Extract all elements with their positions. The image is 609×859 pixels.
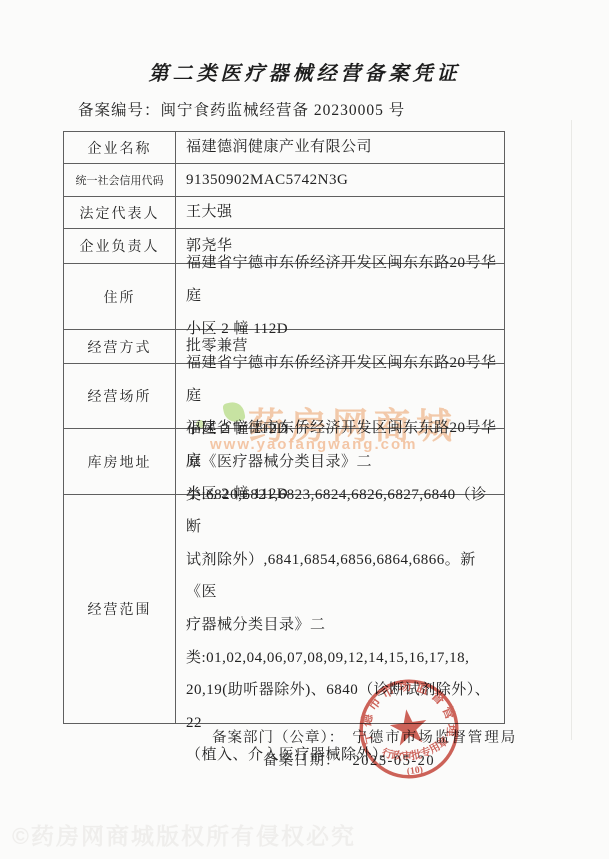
row-label-company-name: 企业名称 xyxy=(64,132,176,163)
filing-date-line: 备案日期：2025-05-20 xyxy=(263,749,435,770)
bottom-copyright-watermark: ©药房网商城版权所有侵权必究 xyxy=(12,818,356,851)
row-label-business-mode: 经营方式 xyxy=(64,330,176,363)
certificate-table: 企业名称 福建德润健康产业有限公司 统一社会信用代码 91350902MAC57… xyxy=(63,131,505,724)
table-row: 统一社会信用代码 91350902MAC5742N3G xyxy=(64,163,504,196)
row-label-business-scope: 经营范围 xyxy=(64,495,176,723)
scan-artifact-line xyxy=(571,120,572,740)
row-label-residence: 住所 xyxy=(64,264,176,329)
filing-department-value: 宁德市市场监督管理局 xyxy=(352,730,517,746)
row-label-warehouse-address: 库房地址 xyxy=(64,429,176,494)
table-row: 企业名称 福建德润健康产业有限公司 xyxy=(64,132,504,163)
filing-department-label: 备案部门（公章）： xyxy=(212,730,344,746)
filing-number-label: 备案编号： xyxy=(78,102,161,119)
row-value-company-name: 福建德润健康产业有限公司 xyxy=(176,132,504,163)
row-value-legal-representative: 王大强 xyxy=(176,197,504,228)
filing-department-line: 备案部门（公章）：宁德市市场监督管理局 xyxy=(212,726,517,747)
row-label-company-manager: 企业负责人 xyxy=(64,229,176,263)
table-row: 法定代表人 王大强 xyxy=(64,196,504,228)
row-value-credit-code: 91350902MAC5742N3G xyxy=(176,164,504,196)
document-title: 第二类医疗器械经营备案凭证 xyxy=(0,57,609,86)
table-row: 住所 福建省宁德市东侨经济开发区闽东东路20号华庭 小区 2 幢 112D xyxy=(64,263,504,329)
certificate-page: 药房网商城 www.yaofangwang.com 第二类医疗器械经营备案凭证 … xyxy=(0,0,609,859)
filing-date-value: 2025-05-20 xyxy=(353,753,436,769)
row-label-business-premises: 经营场所 xyxy=(64,364,176,428)
row-label-credit-code: 统一社会信用代码 xyxy=(64,164,176,196)
filing-number-value: 闽宁食药监械经营备 20230005 号 xyxy=(161,102,406,119)
filing-date-label: 备案日期： xyxy=(263,753,341,769)
filing-number-line: 备案编号：闽宁食药监械经营备 20230005 号 xyxy=(78,98,405,120)
table-row: 经营范围 原《医疗器械分类目录》二 类:6820,6821,6823,6824,… xyxy=(64,494,504,723)
row-value-residence: 福建省宁德市东侨经济开发区闽东东路20号华庭 小区 2 幢 112D xyxy=(176,264,504,329)
row-value-business-scope: 原《医疗器械分类目录》二 类:6820,6821,6823,6824,6826,… xyxy=(176,495,504,723)
row-label-legal-representative: 法定代表人 xyxy=(64,197,176,228)
